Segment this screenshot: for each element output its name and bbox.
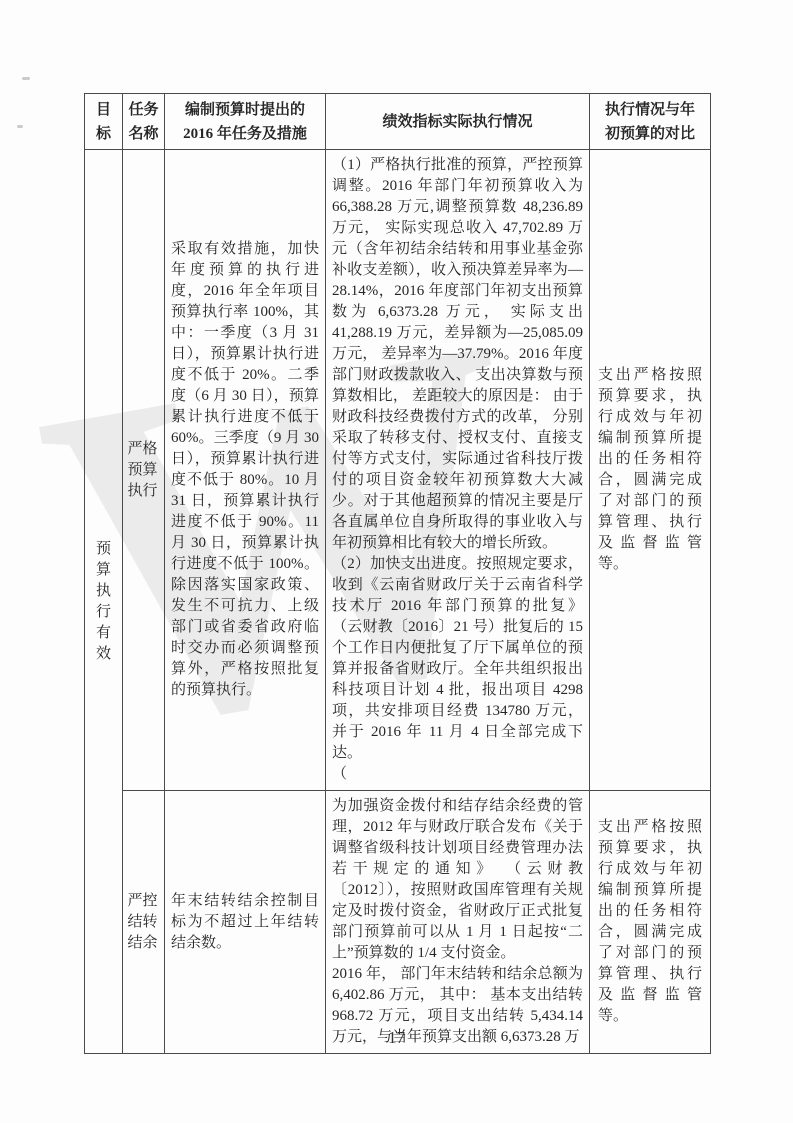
header-measures: 编制预算时提出的 2016 年任务及措施 [165, 94, 326, 150]
table-row: 预算执行有效 严格预算执行 采取有效措施，加快年度预算的执行进度，2016 年全… [85, 150, 711, 791]
page-number: 17 [0, 1028, 793, 1048]
performance-cell: （1）严格执行批准的预算，严控预算调整。2016 年部门年初预算收入为 66,3… [326, 150, 590, 791]
performance-paragraph: 为加强资金拨付和结存结余经费的管理，2012 年与财政厅联合发布《关于调整省级科… [332, 796, 583, 964]
goal-text: 预算执行有效 [95, 539, 112, 665]
performance-cell: 为加强资金拨付和结存结余经费的管理，2012 年与财政厅联合发布《关于调整省级科… [326, 791, 590, 1054]
header-performance: 绩效指标实际执行情况 [326, 94, 590, 150]
scan-speck [22, 77, 30, 80]
performance-paragraph: （ [332, 764, 583, 785]
task-text: 严格预算执行 [128, 439, 160, 502]
measures-cell: 采取有效措施，加快年度预算的执行进度，2016 年全年项目预算执行率 100%，… [165, 150, 326, 791]
header-task-name: 任务名称 [123, 94, 165, 150]
comparison-cell: 支出严格按照预算要求，执行成效与年初编制预算所提出的任务相符合，圆满完成了对部门… [590, 791, 711, 1054]
task-cell: 严控结转结余 [123, 791, 165, 1054]
scan-speck [17, 125, 23, 128]
performance-table: 目标 任务名称 编制预算时提出的 2016 年任务及措施 绩效指标实际执行情况 … [84, 93, 711, 1054]
header-comparison: 执行情况与年初预算的对比 [590, 94, 711, 150]
performance-paragraph: （1）严格执行批准的预算，严控预算调整。2016 年部门年初预算收入为 66,3… [332, 155, 583, 554]
header-goal: 目标 [85, 94, 123, 150]
goal-cell: 预算执行有效 [85, 150, 123, 1054]
table-row: 严控结转结余 年末结转结余控制目标为不超过上年结转结余数。 为加强资金拨付和结存… [85, 791, 711, 1054]
task-text: 严控结转结余 [128, 891, 160, 954]
table-header-row: 目标 任务名称 编制预算时提出的 2016 年任务及措施 绩效指标实际执行情况 … [85, 94, 711, 150]
performance-paragraph: （2）加快支出进度。按照规定要求，收到《云南省财政厅关于云南省科学技术厅 201… [332, 554, 583, 764]
measures-cell: 年末结转结余控制目标为不超过上年结转结余数。 [165, 791, 326, 1054]
task-cell: 严格预算执行 [123, 150, 165, 791]
comparison-cell: 支出严格按照预算要求，执行成效与年初编制预算所提出的任务相符合，圆满完成了对部门… [590, 150, 711, 791]
